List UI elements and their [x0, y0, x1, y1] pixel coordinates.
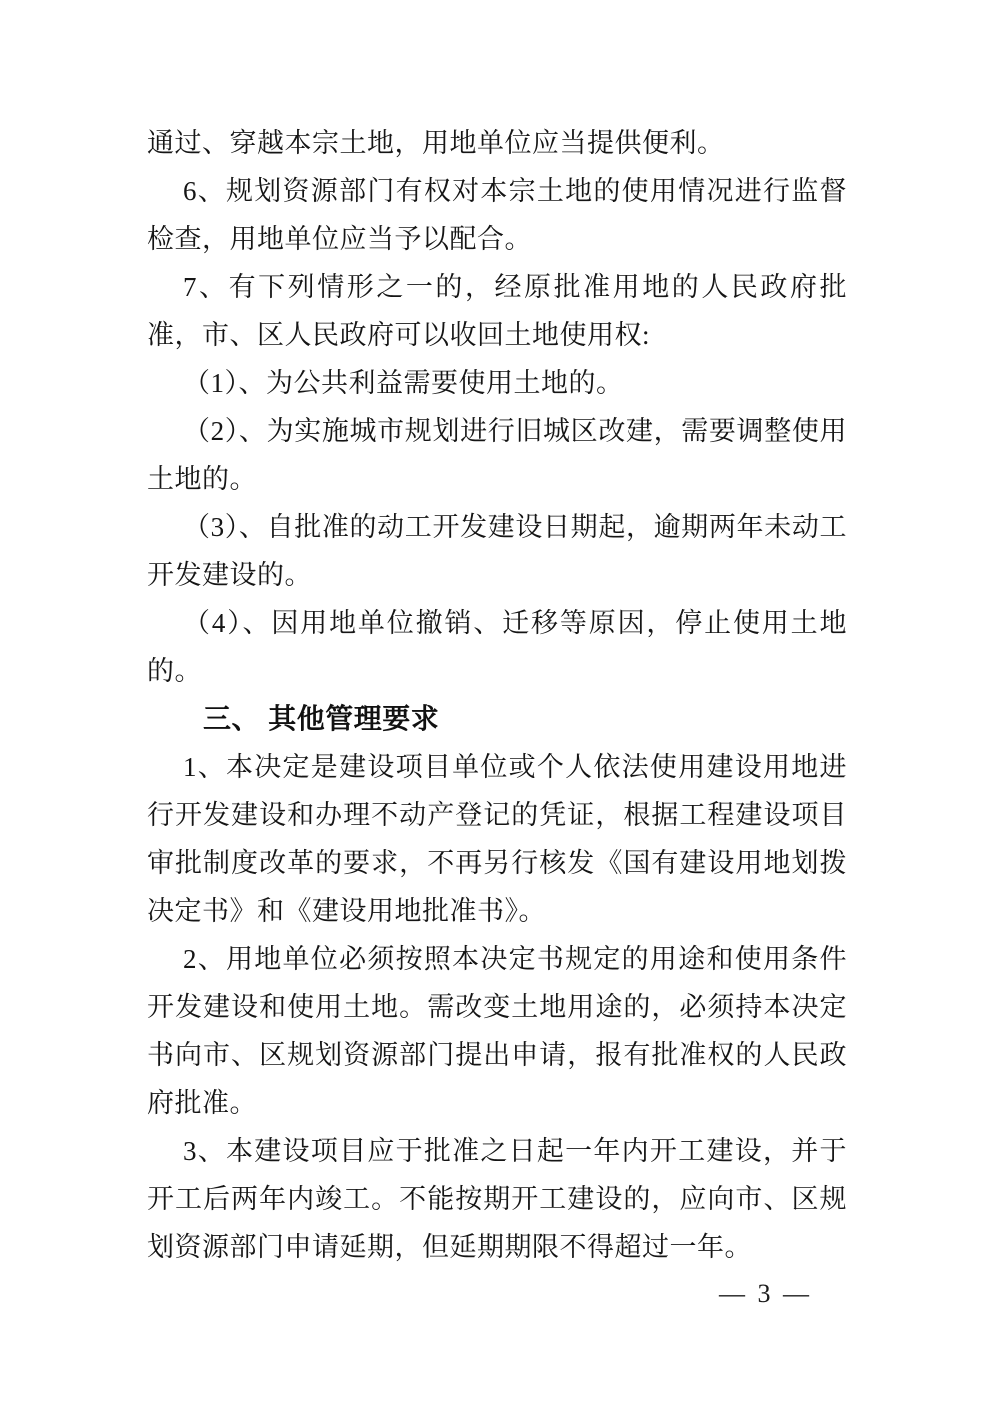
paragraph-item-6: 6、规划资源部门有权对本宗土地的使用情况进行监督检查，用地单位应当予以配合。	[147, 167, 847, 263]
paragraph-subitem-1: （1）、为公共利益需要使用土地的。	[147, 359, 847, 407]
paragraph-item-1: 1、本决定是建设项目单位或个人依法使用建设用地进行开发建设和办理不动产登记的凭证…	[147, 743, 847, 935]
paragraph-subitem-2: （2）、为实施城市规划进行旧城区改建，需要调整使用土地的。	[147, 407, 847, 503]
paragraph-item-3: 3、本建设项目应于批准之日起一年内开工建设，并于开工后两年内竣工。不能按期开工建…	[147, 1127, 847, 1271]
section-heading-other-requirements: 三、 其他管理要求	[147, 695, 847, 743]
paragraph-subitem-4: （4）、因用地单位撤销、迁移等原因，停止使用土地的。	[147, 599, 847, 695]
document-page: 通过、穿越本宗土地，用地单位应当提供便利。 6、规划资源部门有权对本宗土地的使用…	[0, 0, 992, 1403]
page-number: — 3 —	[719, 1278, 812, 1310]
document-body: 通过、穿越本宗土地，用地单位应当提供便利。 6、规划资源部门有权对本宗土地的使用…	[147, 119, 847, 1271]
paragraph-item-7: 7、有下列情形之一的，经原批准用地的人民政府批准，市、区人民政府可以收回土地使用…	[147, 263, 847, 359]
paragraph-continuation: 通过、穿越本宗土地，用地单位应当提供便利。	[147, 119, 847, 167]
paragraph-item-2: 2、用地单位必须按照本决定书规定的用途和使用条件开发建设和使用土地。需改变土地用…	[147, 935, 847, 1127]
paragraph-subitem-3: （3）、自批准的动工开发建设日期起，逾期两年未动工开发建设的。	[147, 503, 847, 599]
